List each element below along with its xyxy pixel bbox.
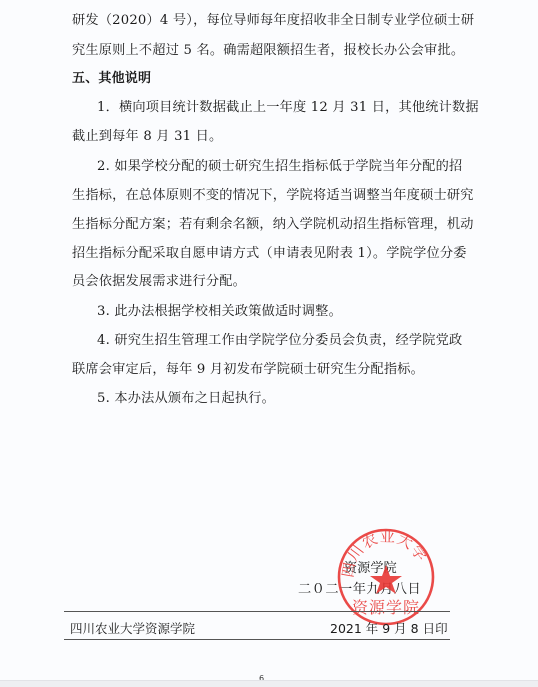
- body-line: 1．横向项目统计数据截止上一年度 12 月 31 日，其他统计数据: [97, 99, 479, 117]
- svg-text:资源学院: 资源学院: [352, 598, 420, 617]
- body-line: 生指标分配方案；若有剩余名额，纳入学院机动招生指标管理，机动: [72, 216, 474, 234]
- body-line: 5. 本办法从颁布之日起执行。: [97, 390, 275, 408]
- body-line: 研发（2020）4 号），每位导师每年度招收非全日制专业学位硕士研: [72, 12, 474, 30]
- document-page: 研发（2020）4 号），每位导师每年度招收非全日制专业学位硕士研 究生原则上不…: [0, 0, 538, 680]
- footer-rule-bottom: [64, 639, 450, 640]
- footer-org: 四川农业大学资源学院: [70, 621, 195, 637]
- signature-date: 二０二一年九月八日: [298, 581, 421, 599]
- section-heading: 五、其他说明: [72, 70, 151, 88]
- body-line: 2. 如果学校分配的硕士研究生招生指标低于学院当年分配的招: [97, 158, 462, 176]
- footer-rule-top: [64, 611, 450, 612]
- body-line: 3. 此办法根据学校相关政策做适时调整。: [97, 303, 342, 321]
- footer-print-date: 2021 年 9 月 8 日印: [330, 621, 448, 637]
- body-line: 究生原则上不超过 5 名。确需超限额招生者，报校长办公会审批。: [72, 42, 464, 60]
- body-line: 联席会审定后，每年 9 月初发布学院硕士研究生分配指标。: [72, 361, 424, 379]
- signature-org: 资源学院: [344, 560, 397, 578]
- body-line: 员会依据发展需求进行分配。: [72, 273, 246, 291]
- body-line: 4. 研究生招生管理工作由学院学位分委员会负责，经学院党政: [97, 332, 462, 350]
- body-line: 招生指标分配采取自愿申请方式（申请表见附表 1）。学院学位分委: [72, 245, 467, 263]
- body-line: 截止到每年 8 月 31 日。: [72, 128, 222, 146]
- body-line: 生指标，在总体原则不变的情况下，学院将适当调整当年度硕士研究: [72, 187, 474, 205]
- page-edge: [0, 680, 538, 687]
